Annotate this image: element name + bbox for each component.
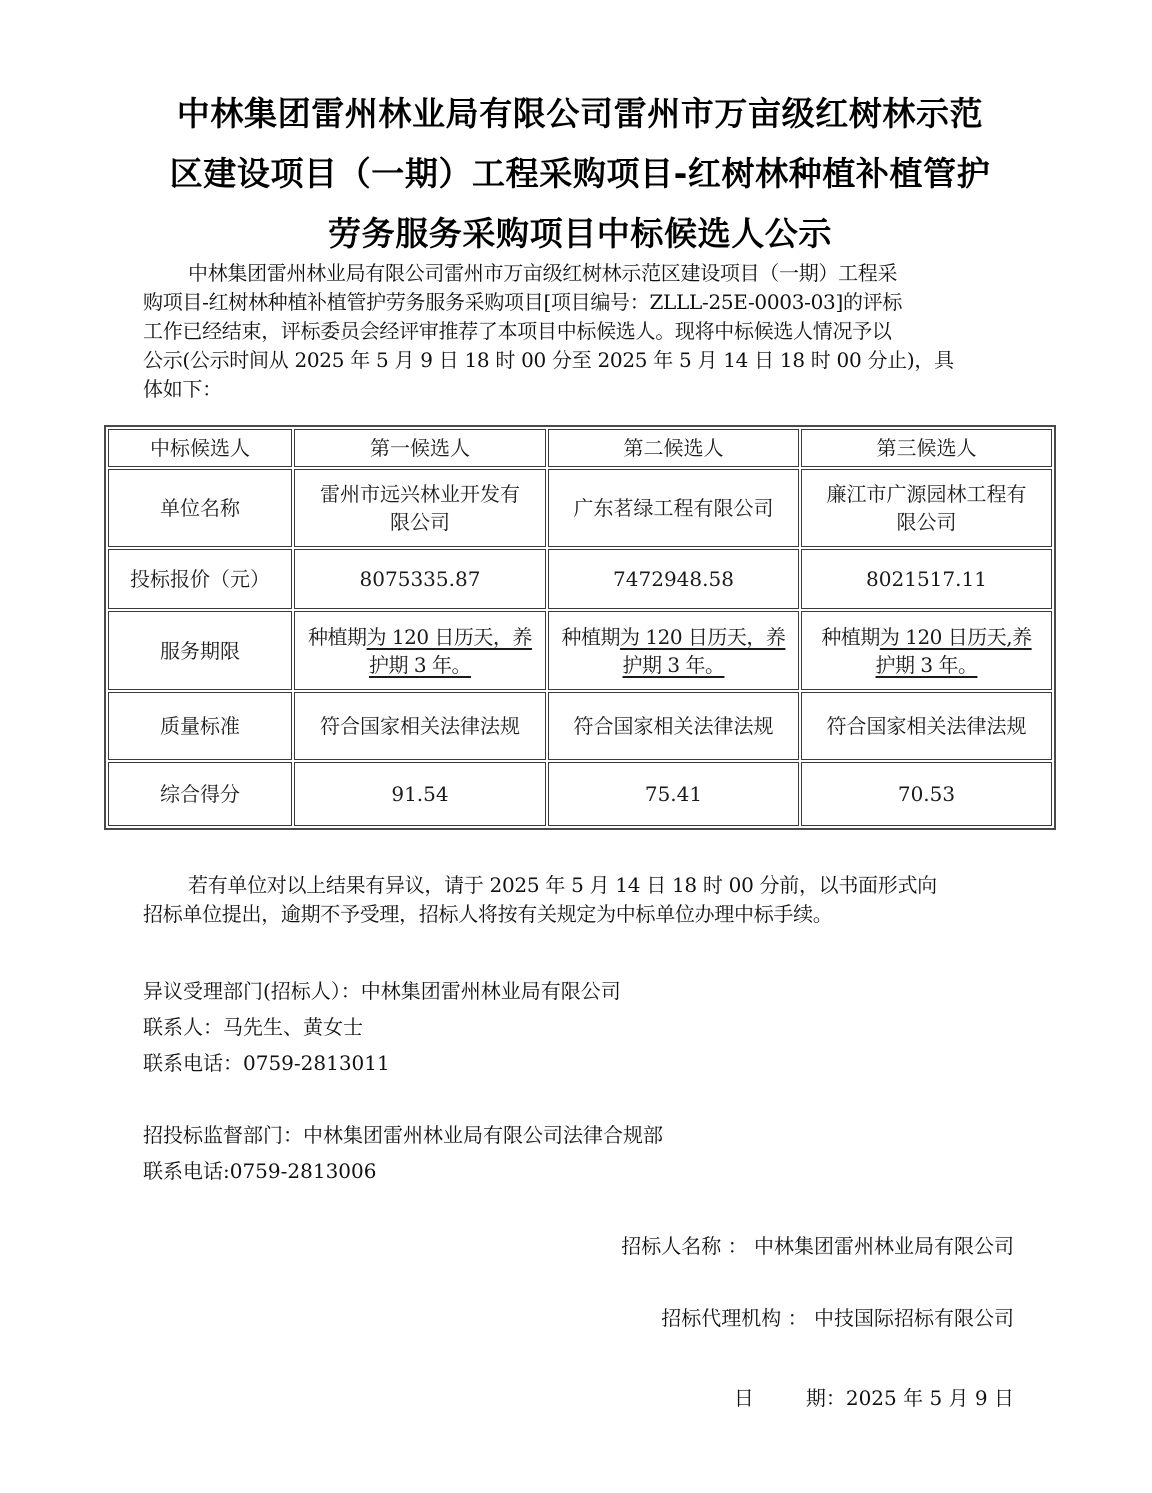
service-period-first: 种植期为 120 日历天，养 护期 3 年。 xyxy=(294,611,546,690)
intro-line-1: 中林集团雷州林业局有限公司雷州市万亩级红树林示范区建设项目（一期）工程采 xyxy=(143,259,1023,288)
company-name-second: 广东茗绿工程有限公司 xyxy=(548,469,799,547)
tenderer-name: 中林集团雷州林业局有限公司 xyxy=(754,1234,1014,1258)
agency-signoff: 招标代理机构 ： 中技国际招标有限公司 xyxy=(661,1302,1014,1331)
candidates-table: 中标候选人 第一候选人 第二候选人 第三候选人 单位名称 雷州市远兴林业开发有 … xyxy=(104,425,1056,830)
agency-name: 中技国际招标有限公司 xyxy=(814,1306,1014,1330)
quality-first: 符合国家相关法律法规 xyxy=(294,692,546,760)
company-name-line: 廉江市广源园林工程有 xyxy=(827,482,1027,506)
service-period-third: 种植期为 120 日历天,养 护期 3 年。 xyxy=(801,611,1052,690)
title-line-1: 中林集团雷州林业局有限公司雷州市万亩级红树林示范 xyxy=(140,84,1020,144)
page-title: 中林集团雷州林业局有限公司雷州市万亩级红树林示范 区建设项目（一期）工程采购项目… xyxy=(140,84,1020,264)
agency-label: 招标代理机构 ： xyxy=(661,1306,807,1330)
table-row-quality-standard: 质量标准 符合国家相关法律法规 符合国家相关法律法规 符合国家相关法律法规 xyxy=(108,692,1052,760)
intro-line-2: 购项目-红树林种植补植管护劳务服务采购项目[项目编号：ZLLL-25E-0003… xyxy=(143,288,1023,317)
period-prefix: 种植期 xyxy=(308,625,367,649)
supervision-department: 招投标监督部门：中林集团雷州林业局有限公司法律合规部 xyxy=(143,1117,663,1153)
objection-paragraph: 若有单位对以上结果有异议，请于 2025 年 5 月 14 日 18 时 00 … xyxy=(143,871,1023,929)
document-page: 中林集团雷州林业局有限公司雷州市万亩级红树林示范 区建设项目（一期）工程采购项目… xyxy=(0,0,1152,1493)
service-period-second: 种植期为 120 日历天，养 护期 3 年。 xyxy=(548,611,799,690)
intro-line-4: 公示(公示时间从 2025 年 5 月 9 日 18 时 00 分至 2025 … xyxy=(143,346,1023,375)
objection-phone: 联系电话：0759-2813011 xyxy=(143,1045,621,1081)
objection-department: 异议受理部门(招标人）：中林集团雷州林业局有限公司 xyxy=(143,973,621,1009)
date-signoff: 日期：2025 年 5 月 9 日 xyxy=(734,1382,1014,1411)
tenderer-signoff: 招标人名称 ： 中林集团雷州林业局有限公司 xyxy=(621,1230,1014,1259)
header-cell-first: 第一候选人 xyxy=(294,429,546,467)
company-name-line: 雷州市远兴林业开发有 xyxy=(320,482,520,506)
period-prefix: 种植期 xyxy=(562,625,621,649)
row-label: 综合得分 xyxy=(108,762,292,826)
supervision-phone: 联系电话:0759-2813006 xyxy=(143,1153,663,1189)
period-underlined: 为 120 日历天，养 xyxy=(620,625,785,649)
period-underlined: 护期 3 年。 xyxy=(369,653,471,677)
row-label: 质量标准 xyxy=(108,692,292,760)
period-underlined: 为 120 日历天,养 xyxy=(880,625,1032,649)
header-cell-label: 中标候选人 xyxy=(108,429,292,467)
objection-contact-block: 异议受理部门(招标人）：中林集团雷州林业局有限公司 联系人：马先生、黄女士 联系… xyxy=(143,973,621,1081)
tenderer-label: 招标人名称 ： xyxy=(621,1234,747,1258)
period-underlined: 护期 3 年。 xyxy=(876,653,978,677)
table-row-service-period: 服务期限 种植期为 120 日历天，养 护期 3 年。 种植期为 120 日历天… xyxy=(108,611,1052,690)
company-name-line: 限公司 xyxy=(390,510,450,534)
period-underlined: 为 120 日历天，养 xyxy=(367,625,532,649)
bid-price-first: 8075335.87 xyxy=(294,549,546,609)
quality-second: 符合国家相关法律法规 xyxy=(548,692,799,760)
company-name-first: 雷州市远兴林业开发有 限公司 xyxy=(294,469,546,547)
quality-third: 符合国家相关法律法规 xyxy=(801,692,1052,760)
intro-line-3: 工作已经结束，评标委员会经评审推荐了本项目中标候选人。现将中标候选人情况予以 xyxy=(143,317,1023,346)
row-label: 服务期限 xyxy=(108,611,292,690)
score-third: 70.53 xyxy=(801,762,1052,826)
header-cell-second: 第二候选人 xyxy=(548,429,799,467)
table-row-total-score: 综合得分 91.54 75.41 70.53 xyxy=(108,762,1052,826)
intro-line-5: 体如下： xyxy=(143,375,1023,404)
contact-person: 联系人：马先生、黄女士 xyxy=(143,1009,621,1045)
bid-price-third: 8021517.11 xyxy=(801,549,1052,609)
intro-paragraph: 中林集团雷州林业局有限公司雷州市万亩级红树林示范区建设项目（一期）工程采 购项目… xyxy=(143,259,1023,404)
company-name-line: 限公司 xyxy=(897,510,957,534)
objection-line-1: 若有单位对以上结果有异议，请于 2025 年 5 月 14 日 18 时 00 … xyxy=(143,871,1023,900)
period-prefix: 种植期 xyxy=(821,625,880,649)
header-cell-third: 第三候选人 xyxy=(801,429,1052,467)
title-line-3: 劳务服务采购项目中标候选人公示 xyxy=(140,204,1020,264)
row-label: 单位名称 xyxy=(108,469,292,547)
score-first: 91.54 xyxy=(294,762,546,826)
company-name-third: 廉江市广源园林工程有 限公司 xyxy=(801,469,1052,547)
table-header-row: 中标候选人 第一候选人 第二候选人 第三候选人 xyxy=(108,429,1052,467)
period-underlined: 护期 3 年。 xyxy=(623,653,725,677)
company-name-line: 广东茗绿工程有限公司 xyxy=(574,496,774,520)
table-row-company-name: 单位名称 雷州市远兴林业开发有 限公司 广东茗绿工程有限公司 廉江市广源园林工程… xyxy=(108,469,1052,547)
bid-price-second: 7472948.58 xyxy=(548,549,799,609)
supervision-block: 招投标监督部门：中林集团雷州林业局有限公司法律合规部 联系电话:0759-281… xyxy=(143,1117,663,1189)
date-label-2: 期： xyxy=(806,1386,846,1410)
date-label-1: 日 xyxy=(734,1386,754,1410)
date-value: 2025 年 5 月 9 日 xyxy=(846,1386,1014,1410)
table-row-bid-price: 投标报价（元） 8075335.87 7472948.58 8021517.11 xyxy=(108,549,1052,609)
objection-line-2: 招标单位提出，逾期不予受理，招标人将按有关规定为中标单位办理中标手续。 xyxy=(143,900,1023,929)
row-label: 投标报价（元） xyxy=(108,549,292,609)
score-second: 75.41 xyxy=(548,762,799,826)
title-line-2: 区建设项目（一期）工程采购项目-红树林种植补植管护 xyxy=(140,144,1020,204)
